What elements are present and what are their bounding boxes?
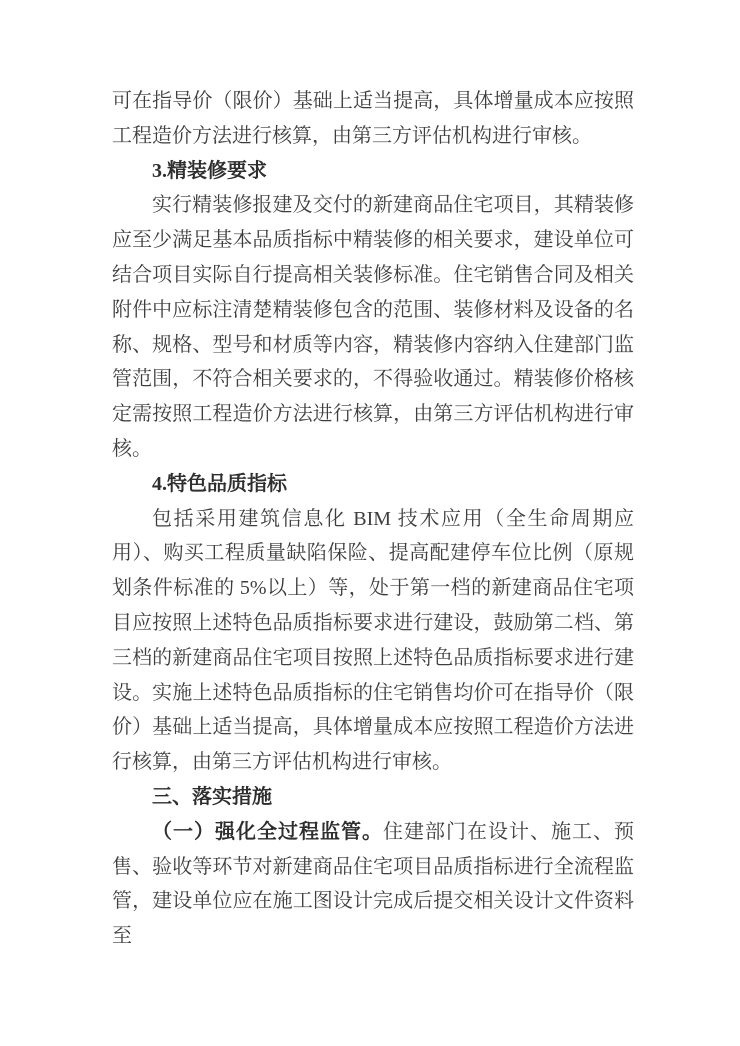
sub-heading-4-special-quality-indicators: 4.特色品质指标: [112, 467, 634, 502]
paragraph-full-process-supervision: （一）强化全过程监管。住建部门在设计、施工、预售、验收等环节对新建商品住宅项目品…: [112, 815, 634, 954]
paragraph-decoration-requirements: 实行精装修报建及交付的新建商品住宅项目，其精装修应至少满足基本品质指标中精装修的…: [112, 188, 634, 466]
paragraph-special-quality-indicators: 包括采用建筑信息化 BIM 技术应用（全生命周期应用）、购买工程质量缺陷保险、提…: [112, 502, 634, 780]
paragraph-continuation-pricing: 可在指导价（限价）基础上适当提高，具体增量成本应按照工程造价方法进行核算，由第三…: [112, 84, 634, 154]
paragraph-lead-strengthen-supervision: （一）强化全过程监管。: [152, 821, 383, 843]
document-text-column: 可在指导价（限价）基础上适当提高，具体增量成本应按照工程造价方法进行核算，由第三…: [112, 84, 634, 954]
section-heading-implementation-measures: 三、落实措施: [112, 780, 634, 815]
document-page: 可在指导价（限价）基础上适当提高，具体增量成本应按照工程造价方法进行核算，由第三…: [0, 0, 740, 1046]
sub-heading-3-decoration-requirements: 3.精装修要求: [112, 154, 634, 189]
